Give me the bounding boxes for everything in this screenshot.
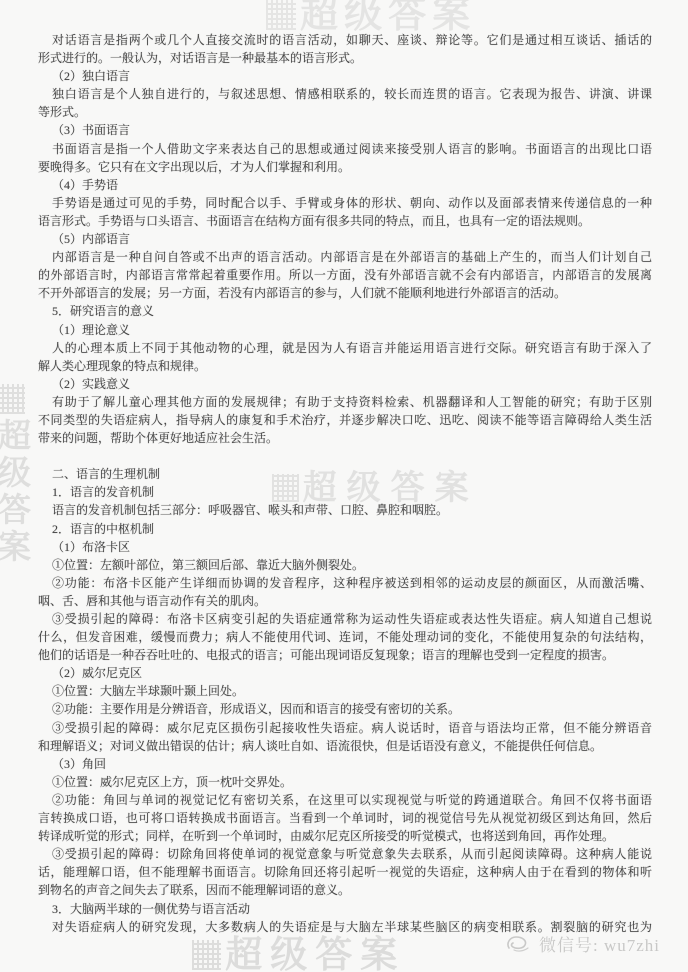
text-line: 等形式。 — [38, 103, 652, 121]
text-line: 书面语言是指一个人借助文字来表达自己的思想或通过阅读来接受别人语言的影响。书面语… — [38, 140, 652, 158]
text-line: 不开外部语言的发展；另一方面，若没有内部语言的参与，人们就不能顺利地进行外部语言… — [38, 284, 652, 302]
text-line: 二、语言的生理机制 — [38, 465, 652, 483]
text-line: 和理解语义；对词义做出错误的估计；病人谈吐自如、语流很快，但是话语没有意义，不能… — [38, 737, 652, 755]
text-line: （5）内部语言 — [38, 230, 652, 248]
text-line: 带来的问题，帮助个体更好地适应社会生活。 — [38, 429, 652, 447]
wechat-watermark: 微信号: wu7zhi — [504, 931, 660, 956]
text-line: （4）手势语 — [38, 176, 652, 194]
text-line: 3．大脑两半球的一侧优势与语言活动 — [38, 900, 652, 918]
watermark-brand-left: 超级答案 — [0, 384, 29, 566]
blank-line — [38, 447, 652, 465]
text-line: 要晚得多。它只有在文字出现以后，才为人们掌握和利用。 — [38, 158, 652, 176]
watermark-brand-text: 超级答案 — [0, 418, 29, 566]
text-line: 形式进行的。一般认为，对话语言是一种最基本的语言形式。 — [38, 49, 652, 67]
text-line: （3）书面语言 — [38, 121, 652, 139]
text-line: 手势语是通过可见的手势，同时配合以手、手臂或身体的形状、朝向、动作以及面部表情来… — [38, 194, 652, 212]
text-line: ③受损引起的障碍：威尔尼克区损伤引起接收性失语症。病人说话时，语音与语法均正常，… — [38, 719, 652, 737]
document-text: 对话语言是指两个或几个人直接交流时的语言活动，如聊天、座谈、辩论等。它们是通过相… — [38, 31, 652, 936]
text-line: 2．语言的中枢机制 — [38, 520, 652, 538]
text-line: ①位置：威尔尼克区上方，顶一枕叶交界处。 — [38, 773, 652, 791]
text-line: （3）角回 — [38, 755, 652, 773]
text-line: 咽、舌、唇和其他与语言动作有关的肌肉。 — [38, 592, 652, 610]
text-line: 独白语言是个人独自进行的，与叙述思想、情感相联系的，较长而连贯的语言。它表现为报… — [38, 85, 652, 103]
text-line: 对话语言是指两个或几个人直接交流时的语言活动，如聊天、座谈、辩论等。它们是通过相… — [38, 31, 652, 49]
qr-mark-icon — [266, 0, 296, 30]
text-line: （2）实践意义 — [38, 375, 652, 393]
document-page: 超级答案 超级答案 超级答案 对话语言是指两个或几个人直接交流时的语言活动，如聊… — [0, 0, 688, 972]
text-line: ②功能：主要作用是分辨语音，形成语义，因而和语言的接受有密切的关系。 — [38, 700, 652, 718]
text-line: ②功能：布洛卡区能产生详细而协调的发音程序，这种程序被送到相邻的运动皮层的颜面区… — [38, 574, 652, 592]
text-line: 语言形式。手势语与口头语言、书面语言在结构方面有很多共同的特点，而且，也具有一定… — [38, 212, 652, 230]
text-line: 到物名的声音之间失去了联系，因而不能理解词语的意义。 — [38, 881, 652, 899]
qr-mark-icon — [0, 384, 25, 414]
text-line: 他们的话语是一种吞吞吐吐的、电报式的语言；可能出现词语反复现象；语言的理解也受到… — [38, 646, 652, 664]
text-line: 有助于了解儿童心理其他方面的发展规律；有助于支持资料检索、机器翻译和人工智能的研… — [38, 393, 652, 411]
text-line: ①位置：大脑左半球颞叶颞上回处。 — [38, 682, 652, 700]
text-line: （1）理论意义 — [38, 321, 652, 339]
text-line: 转译成听觉的形式；同样，在听到一个单词时，由威尔尼克区所接受的听觉模式，也将送到… — [38, 827, 652, 845]
text-line: 什么，但发音困难，缓慢而费力；病人不能使用代词、连词，不能处理动词的变化，不能使… — [38, 628, 652, 646]
text-line: 解人类心理现象的特点和规律。 — [38, 357, 652, 375]
swan-doodle-icon — [504, 932, 534, 956]
text-line: ③受损引起的障碍：布洛卡区病变引起的失语症通常称为运动性失语症或表达性失语症。病… — [38, 610, 652, 628]
text-line: （1）布洛卡区 — [38, 538, 652, 556]
text-line: 话，能理解口语，但不能理解书面语言。切除角回还将引起听一视觉的失语症，这种病人由… — [38, 863, 652, 881]
watermark-brand-text: 超级答案 — [225, 935, 405, 972]
text-line: ②功能：角回与单词的视觉记忆有密切关系，在这里可以实现视觉与听觉的跨通道联合。角… — [38, 791, 652, 809]
qr-mark-icon — [192, 940, 221, 970]
text-line: 语言的发音机制包括三部分：呼吸器官、喉头和声带、口腔、鼻腔和咽腔。 — [38, 501, 652, 519]
text-line: ③受损引起的障碍：切除角回将使单词的视觉意象与听觉意象失去联系，从而引起阅读障碍… — [38, 845, 652, 863]
text-line: 5．研究语言的意义 — [38, 302, 652, 320]
text-line: ①位置：左额叶部位，第三额回后部、靠近大脑外侧裂处。 — [38, 556, 652, 574]
wechat-id-text: 微信号: wu7zhi — [539, 931, 660, 956]
text-line: 内部语言是一种自问自答或不出声的语言活动。内部语言是在外部语言的基础上产生的，而… — [38, 248, 652, 266]
text-line: 的外部语言时，内部语言常常起着重要作用。所以一方面，没有外部语言就不会有内部语言… — [38, 266, 652, 284]
text-line: 不同类型的失语症病人，指导病人的康复和手术治疗，并逐步解决口吃、迅吃、阅读不能等… — [38, 411, 652, 429]
text-line: 言转换成口语，也可将口语转换成书面语言。当看到一个单词时，词的视觉信号先从视觉初… — [38, 809, 652, 827]
text-line: 1．语言的发音机制 — [38, 483, 652, 501]
text-line: 人的心理本质上不同于其他动物的心理，就是因为人有语言并能运用语言进行交际。研究语… — [38, 339, 652, 357]
text-line: （2）独白语言 — [38, 67, 652, 85]
text-line: （2）威尔尼克区 — [38, 664, 652, 682]
